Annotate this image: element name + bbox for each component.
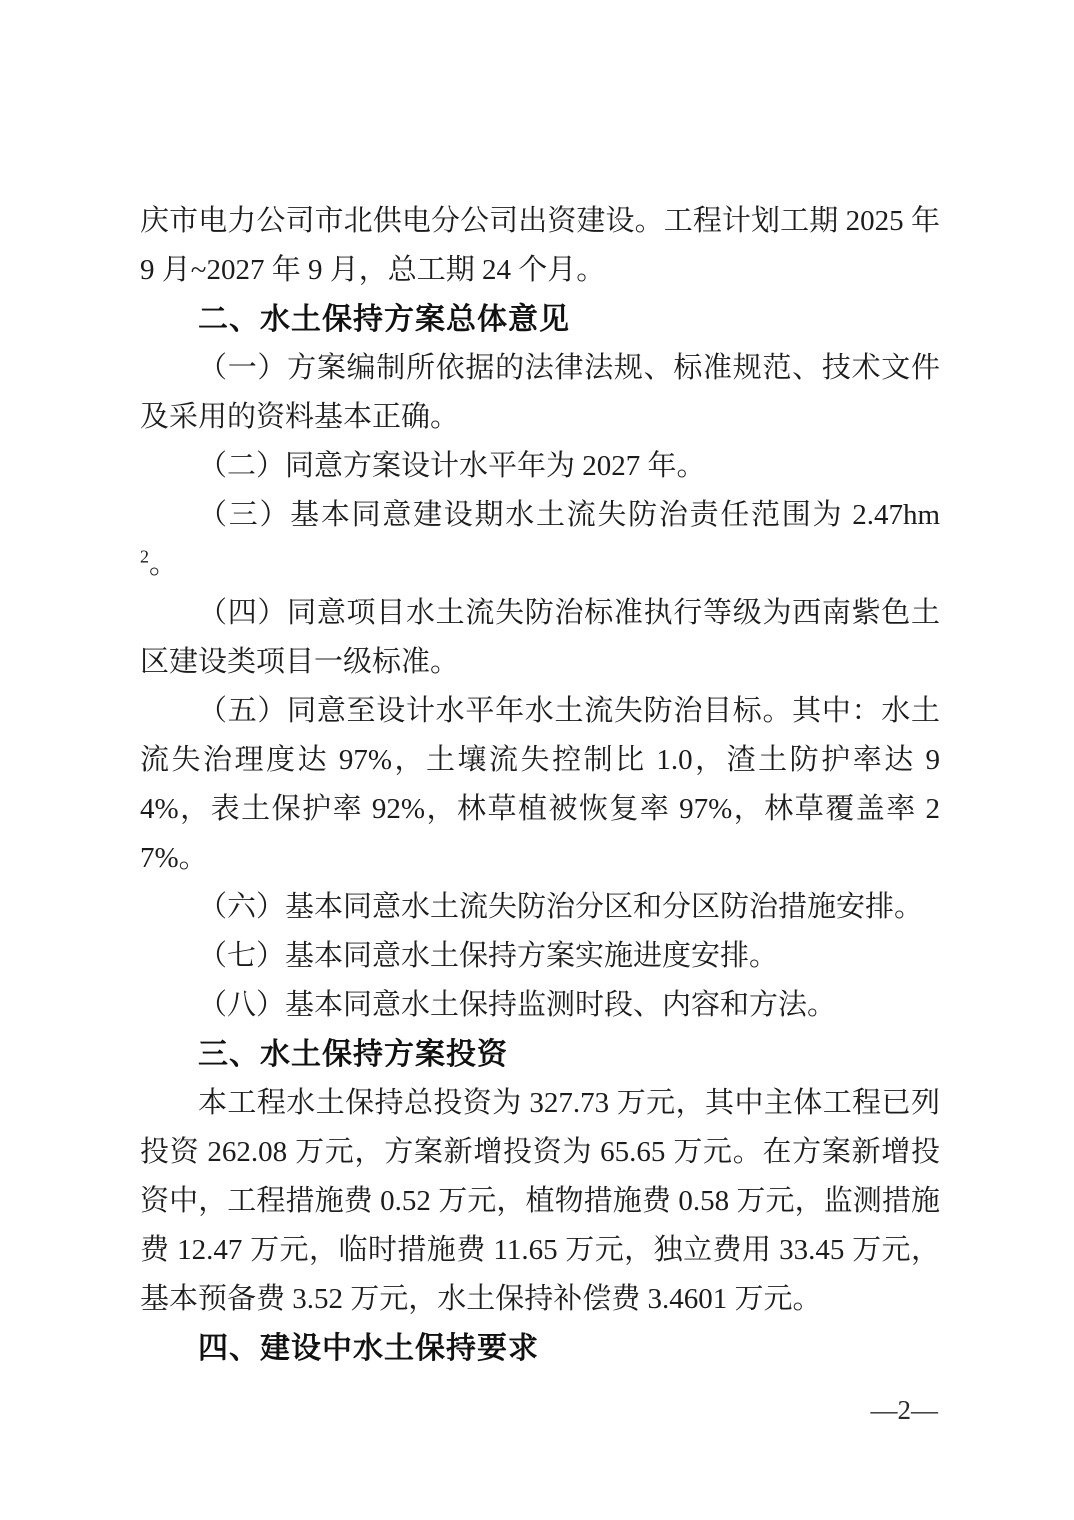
opinion-item-8: （八）基本同意水土保持监测时段、内容和方法。 — [140, 981, 940, 1030]
opinion-item-2: （二）同意方案设计水平年为 2027 年。 — [140, 442, 940, 491]
section-heading-2: 二、水土保持方案总体意见 — [140, 295, 940, 344]
opinion-item-3: （三）基本同意建设期水土流失防治责任范围为 2.47hm2。 — [140, 491, 940, 589]
opinion-item-5: （五）同意至设计水平年水土流失防治目标。其中：水土流失治理度达 97%，土壤流失… — [140, 687, 940, 883]
investment-paragraph: 本工程水土保持总投资为 327.73 万元，其中主体工程已列投资 262.08 … — [140, 1079, 940, 1324]
opinion-item-7: （七）基本同意水土保持方案实施进度安排。 — [140, 932, 940, 981]
section-heading-3: 三、水土保持方案投资 — [140, 1030, 940, 1079]
opinion-item-4: （四）同意项目水土流失防治标准执行等级为西南紫色土区建设类项目一级标准。 — [140, 589, 940, 687]
opinion-item-6: （六）基本同意水土流失防治分区和分区防治措施安排。 — [140, 883, 940, 932]
section-heading-4: 四、建设中水土保持要求 — [140, 1324, 940, 1373]
opinion-item-3-period: 。 — [149, 548, 178, 580]
opinion-item-3-superscript: 2 — [140, 546, 149, 566]
opinion-item-3-text: （三）基本同意建设期水土流失防治责任范围为 2.47hm — [198, 499, 940, 531]
document-page: 庆市电力公司市北供电分公司出资建设。工程计划工期 2025 年 9 月~2027… — [0, 0, 1074, 1520]
page-number: —2— — [871, 1395, 939, 1425]
continuation-paragraph: 庆市电力公司市北供电分公司出资建设。工程计划工期 2025 年 9 月~2027… — [140, 197, 940, 295]
document-body: 庆市电力公司市北供电分公司出资建设。工程计划工期 2025 年 9 月~2027… — [140, 197, 940, 1373]
opinion-item-1: （一）方案编制所依据的法律法规、标准规范、技术文件及采用的资料基本正确。 — [140, 344, 940, 442]
